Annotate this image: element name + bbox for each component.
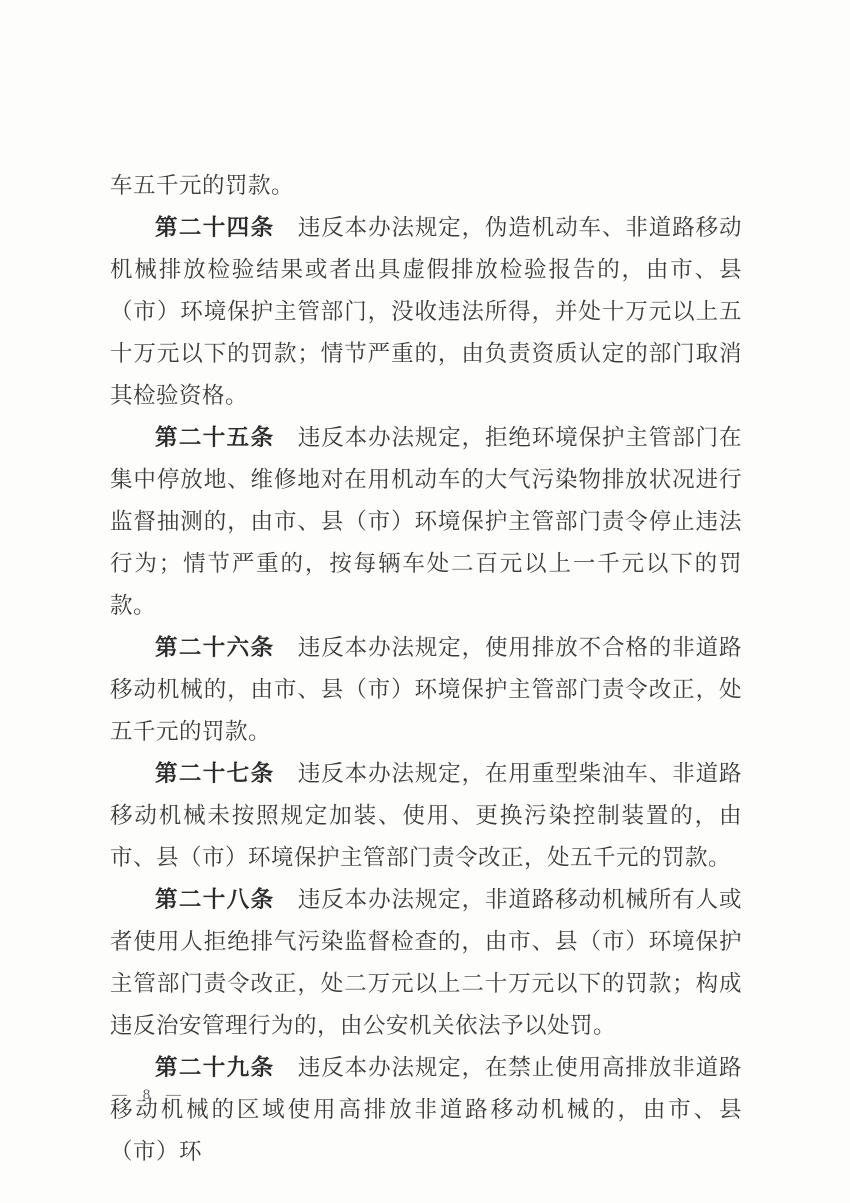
article-number: 第二十五条 (155, 425, 274, 450)
paragraph: 第二十四条 违反本办法规定，伪造机动车、非道路移动机械排放检验结果或者出具虚假排… (110, 207, 742, 417)
paragraph: 第二十九条 违反本办法规定，在禁止使用高排放非道路移动机械的区域使用高排放非道路… (110, 1047, 742, 1173)
paragraph: 第二十八条 违反本办法规定，非道路移动机械所有人或者使用人拒绝排气污染监督检查的… (110, 879, 742, 1047)
article-number: 第二十八条 (155, 887, 274, 912)
article-number: 第二十六条 (155, 635, 274, 660)
document-body: 车五千元的罚款。第二十四条 违反本办法规定，伪造机动车、非道路移动机械排放检验结… (110, 165, 742, 1173)
paragraph: 第二十七条 违反本办法规定，在用重型柴油车、非道路移动机械未按照规定加装、使用、… (110, 753, 742, 879)
article-text: 车五千元的罚款。 (110, 173, 294, 198)
article-number: 第二十四条 (155, 215, 274, 240)
article-text: 违反本办法规定，伪造机动车、非道路移动机械排放检验结果或者出具虚假排放检验报告的… (110, 215, 742, 408)
document-page: 车五千元的罚款。第二十四条 违反本办法规定，伪造机动车、非道路移动机械排放检验结… (0, 0, 850, 1203)
paragraph: 车五千元的罚款。 (110, 165, 742, 207)
article-number: 第二十七条 (155, 761, 274, 786)
paragraph: 第二十五条 违反本办法规定，拒绝环境保护主管部门在集中停放地、维修地对在用机动车… (110, 417, 742, 627)
article-number: 第二十九条 (155, 1055, 274, 1080)
page-number-footer: — 8 — (112, 1087, 187, 1104)
article-text: 违反本办法规定，拒绝环境保护主管部门在集中停放地、维修地对在用机动车的大气污染物… (110, 425, 742, 618)
paragraph: 第二十六条 违反本办法规定，使用排放不合格的非道路移动机械的，由市、县（市）环境… (110, 627, 742, 753)
